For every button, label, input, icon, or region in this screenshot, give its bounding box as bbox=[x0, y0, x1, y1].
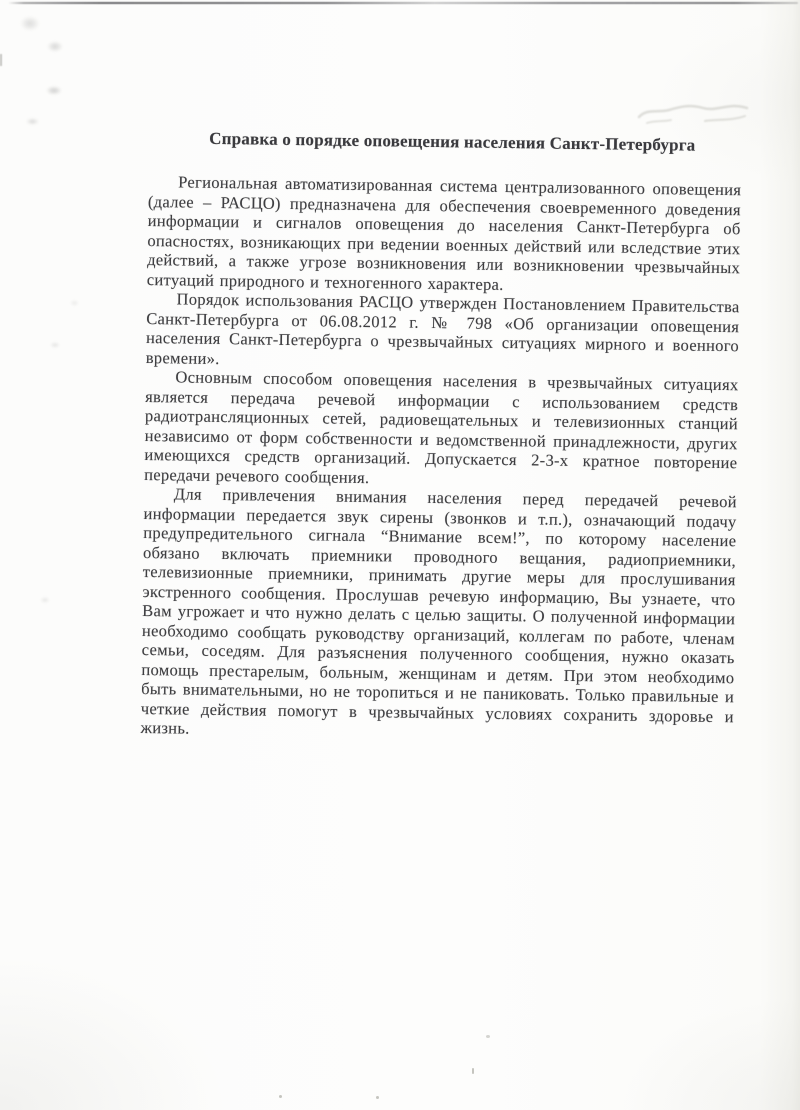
scan-smudge bbox=[20, 16, 40, 31]
paragraph-main-method: Основным способом оповещения населения в… bbox=[144, 367, 739, 492]
scan-edge-line bbox=[8, 2, 798, 4]
scan-smudge bbox=[50, 342, 60, 348]
scan-smudge bbox=[47, 41, 63, 52]
scan-smudge bbox=[26, 118, 39, 125]
dust-speck bbox=[486, 1035, 490, 1038]
scan-smudge bbox=[46, 86, 62, 95]
scan-edge-tick bbox=[0, 54, 2, 66]
scan-smudge bbox=[70, 300, 79, 306]
paragraph-usage-order: Порядок использования РАСЦО утвержден По… bbox=[146, 289, 740, 375]
paragraph-rasco-purpose: Региональная автоматизированная система … bbox=[147, 172, 742, 297]
scanned-document-page: Справка о порядке оповещения населения С… bbox=[0, 0, 800, 1110]
scan-smudge bbox=[40, 597, 50, 603]
document-body: Справка о порядке оповещения населения С… bbox=[140, 127, 741, 746]
paragraph-attention-signal: Для привлечения внимания населения перед… bbox=[140, 484, 736, 746]
dust-speck bbox=[472, 1068, 474, 1074]
dust-speck bbox=[279, 1095, 282, 1098]
dust-speck bbox=[376, 1096, 379, 1099]
pencil-scribble-mark bbox=[633, 93, 763, 135]
